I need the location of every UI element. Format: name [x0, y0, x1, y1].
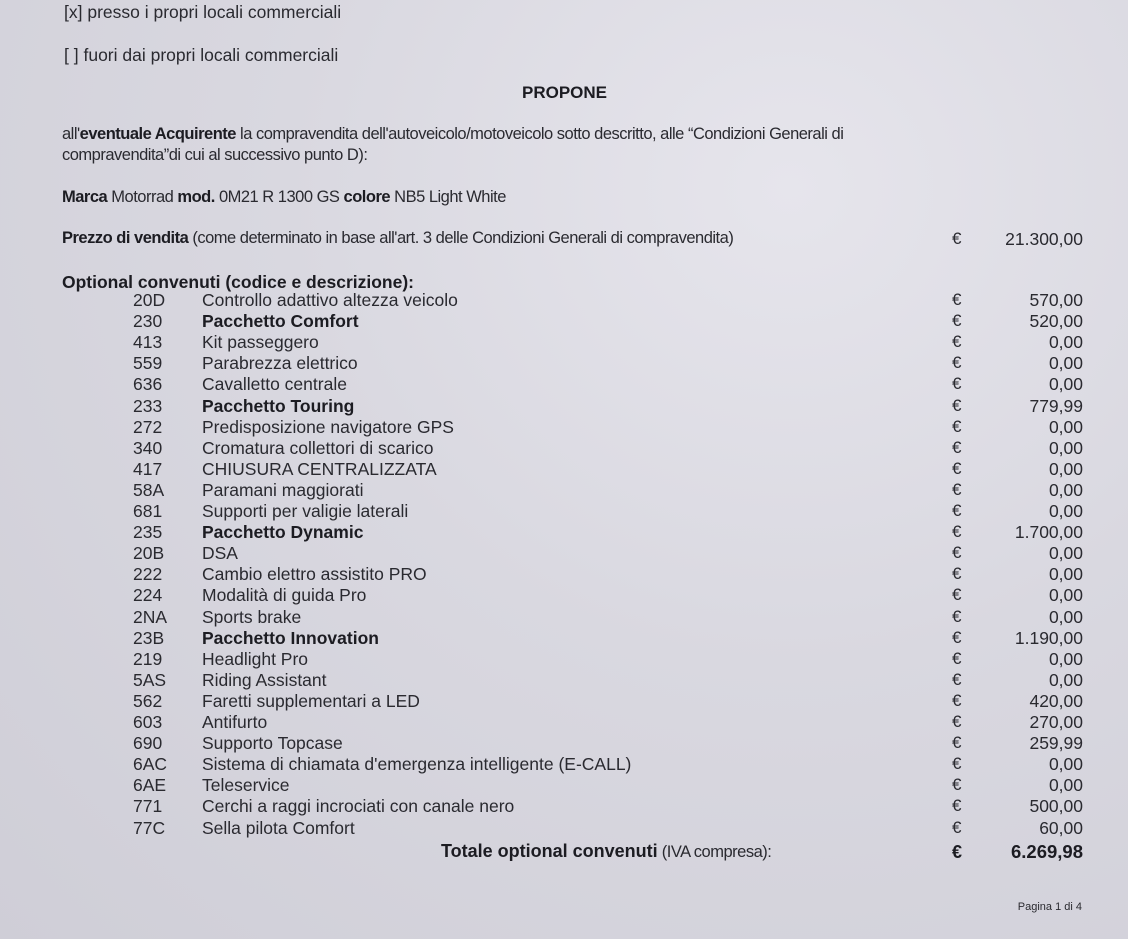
- optional-description: Cambio elettro assistito PRO: [202, 564, 427, 585]
- optional-amount: 0,00: [1049, 649, 1083, 670]
- optional-amount: 60,00: [1039, 818, 1083, 839]
- optional-amount: 520,00: [1029, 311, 1083, 332]
- optional-description: Kit passeggero: [202, 332, 319, 353]
- intro-line-1: all'eventuale Acquirente la compravendit…: [62, 125, 843, 144]
- optional-description: DSA: [202, 543, 238, 564]
- optional-row: 681Supporti per valigie laterali€0,00: [0, 501, 1128, 522]
- optional-row: 771Cerchi a raggi incrociati con canale …: [0, 796, 1128, 817]
- euro-symbol: €: [952, 712, 961, 732]
- optional-code: 690: [133, 733, 162, 754]
- euro-symbol: €: [952, 585, 961, 605]
- optional-amount: 500,00: [1029, 796, 1083, 817]
- optional-amount: 0,00: [1049, 438, 1083, 459]
- euro-symbol: €: [952, 543, 961, 563]
- optional-description: Modalità di guida Pro: [202, 585, 366, 606]
- optional-amount: 0,00: [1049, 459, 1083, 480]
- optional-code: 23B: [133, 628, 164, 649]
- optional-description: Sports brake: [202, 607, 301, 628]
- contract-page: [x] presso i propri locali commerciali […: [0, 0, 1128, 939]
- optional-amount: 0,00: [1049, 501, 1083, 522]
- intro-line-2: compravendita”di cui al successivo punto…: [62, 146, 367, 165]
- euro-symbol: €: [952, 733, 961, 753]
- optional-amount: 0,00: [1049, 670, 1083, 691]
- optional-amount: 0,00: [1049, 543, 1083, 564]
- optional-code: 681: [133, 501, 162, 522]
- vehicle-brand: Motorrad: [111, 188, 173, 206]
- optional-row: 636Cavalletto centrale€0,00: [0, 374, 1128, 395]
- optional-code: 230: [133, 311, 162, 332]
- optional-description: Supporto Topcase: [202, 733, 343, 754]
- optional-row: 340Cromatura collettori di scarico€0,00: [0, 438, 1128, 459]
- optional-amount: 0,00: [1049, 353, 1083, 374]
- optional-row: 235Pacchetto Dynamic€1.700,00: [0, 522, 1128, 543]
- euro-symbol: €: [952, 775, 961, 795]
- optional-package-description: Pacchetto Dynamic: [202, 522, 363, 543]
- optional-package-description: Pacchetto Touring: [202, 396, 354, 417]
- optional-code: 20D: [133, 290, 165, 311]
- optionals-total-row: Totale optional convenuti (IVA compresa)…: [0, 841, 1128, 865]
- euro-symbol: €: [952, 438, 961, 458]
- euro-symbol: €: [952, 417, 961, 437]
- optional-code: 417: [133, 459, 162, 480]
- euro-symbol: €: [952, 396, 961, 416]
- sale-price-amount: 21.300,00: [1005, 229, 1083, 250]
- optional-code: 5AS: [133, 670, 166, 691]
- optional-amount: 270,00: [1029, 712, 1083, 733]
- optional-code: 77C: [133, 818, 165, 839]
- optional-row: 690Supporto Topcase€259,99: [0, 733, 1128, 754]
- vehicle-color: NB5 Light White: [394, 188, 506, 206]
- optional-code: 6AE: [133, 775, 166, 796]
- optional-code: 2NA: [133, 607, 167, 628]
- optional-code: 233: [133, 396, 162, 417]
- venue-option-label: fuori dai propri locali commerciali: [83, 45, 338, 65]
- euro-symbol: €: [952, 628, 961, 648]
- optional-row: 23BPacchetto Innovation€1.190,00: [0, 628, 1128, 649]
- euro-symbol: €: [952, 649, 961, 669]
- optional-code: 272: [133, 417, 162, 438]
- optional-description: Parabrezza elettrico: [202, 353, 358, 374]
- optional-code: 58A: [133, 480, 164, 501]
- optional-code: 562: [133, 691, 162, 712]
- optional-code: 413: [133, 332, 162, 353]
- optional-amount: 0,00: [1049, 564, 1083, 585]
- euro-symbol: €: [952, 522, 961, 542]
- optional-description: Cavalletto centrale: [202, 374, 347, 395]
- optional-row: 417CHIUSURA CENTRALIZZATA€0,00: [0, 459, 1128, 480]
- euro-symbol: €: [952, 754, 961, 774]
- optional-row: 6ACSistema di chiamata d'emergenza intel…: [0, 754, 1128, 775]
- optional-code: 6AC: [133, 754, 167, 775]
- optional-description: Sella pilota Comfort: [202, 818, 355, 839]
- sale-price-label: Prezzo di vendita: [62, 229, 188, 247]
- optional-amount: 0,00: [1049, 607, 1083, 628]
- vehicle-model: 0M21 R 1300 GS: [219, 188, 340, 206]
- intro-bold: eventuale Acquirente: [80, 125, 236, 143]
- optional-description: Antifurto: [202, 712, 267, 733]
- optional-code: 559: [133, 353, 162, 374]
- optional-row: 222Cambio elettro assistito PRO€0,00: [0, 564, 1128, 585]
- euro-symbol: €: [952, 818, 961, 838]
- optional-code: 603: [133, 712, 162, 733]
- euro-symbol: €: [952, 290, 961, 310]
- optional-amount: 1.700,00: [1015, 522, 1083, 543]
- euro-symbol: €: [952, 501, 961, 521]
- optional-row: 603Antifurto€270,00: [0, 712, 1128, 733]
- optional-code: 636: [133, 374, 162, 395]
- total-amount: 6.269,98: [1011, 841, 1083, 863]
- optional-description: CHIUSURA CENTRALIZZATA: [202, 459, 437, 480]
- optional-description: Riding Assistant: [202, 670, 327, 691]
- euro-symbol: €: [952, 796, 961, 816]
- page-number: Pagina 1 di 4: [1018, 901, 1082, 913]
- checkbox-unchecked: [ ]: [64, 45, 79, 65]
- optional-amount: 0,00: [1049, 775, 1083, 796]
- optional-description: Sistema di chiamata d'emergenza intellig…: [202, 754, 631, 775]
- optional-code: 20B: [133, 543, 164, 564]
- optional-row: 77CSella pilota Comfort€60,00: [0, 818, 1128, 839]
- sale-price-row: Prezzo di vendita (come determinato in b…: [0, 229, 1128, 251]
- euro-symbol: €: [952, 374, 961, 394]
- optional-amount: 259,99: [1029, 733, 1083, 754]
- optional-description: Faretti supplementari a LED: [202, 691, 420, 712]
- optional-row: 559Parabrezza elettrico€0,00: [0, 353, 1128, 374]
- venue-option-inside: [x] presso i propri locali commerciali: [64, 2, 341, 23]
- optional-row: 2NASports brake€0,00: [0, 607, 1128, 628]
- optional-amount: 1.190,00: [1015, 628, 1083, 649]
- euro-symbol: €: [952, 691, 961, 711]
- optional-code: 224: [133, 585, 162, 606]
- euro-symbol: €: [952, 353, 961, 373]
- optional-description: Paramani maggiorati: [202, 480, 363, 501]
- section-heading: PROPONE: [522, 83, 607, 103]
- optional-amount: 0,00: [1049, 374, 1083, 395]
- optional-description: Cromatura collettori di scarico: [202, 438, 433, 459]
- total-label: Totale optional convenuti: [441, 841, 658, 861]
- optional-row: 5ASRiding Assistant€0,00: [0, 670, 1128, 691]
- euro-symbol: €: [952, 229, 961, 249]
- optional-code: 771: [133, 796, 162, 817]
- optional-amount: 0,00: [1049, 332, 1083, 353]
- optional-code: 222: [133, 564, 162, 585]
- optional-description: Predisposizione navigatore GPS: [202, 417, 454, 438]
- optional-code: 219: [133, 649, 162, 670]
- optional-row: 233Pacchetto Touring€779,99: [0, 396, 1128, 417]
- euro-symbol: €: [952, 564, 961, 584]
- venue-option-label: presso i propri locali commerciali: [87, 2, 341, 22]
- optional-row: 272Predisposizione navigatore GPS€0,00: [0, 417, 1128, 438]
- optional-description: Controllo adattivo altezza veicolo: [202, 290, 458, 311]
- optional-amount: 0,00: [1049, 585, 1083, 606]
- optional-row: 562Faretti supplementari a LED€420,00: [0, 691, 1128, 712]
- optional-row: 20DControllo adattivo altezza veicolo€57…: [0, 290, 1128, 311]
- optional-package-description: Pacchetto Innovation: [202, 628, 379, 649]
- optional-row: 58AParamani maggiorati€0,00: [0, 480, 1128, 501]
- optional-description: Supporti per valigie laterali: [202, 501, 408, 522]
- euro-symbol: €: [952, 842, 962, 863]
- optional-description: Cerchi a raggi incrociati con canale ner…: [202, 796, 514, 817]
- optional-amount: 0,00: [1049, 480, 1083, 501]
- euro-symbol: €: [952, 480, 961, 500]
- optional-amount: 0,00: [1049, 754, 1083, 775]
- optional-code: 235: [133, 522, 162, 543]
- euro-symbol: €: [952, 670, 961, 690]
- checkbox-checked: [x]: [64, 2, 82, 22]
- euro-symbol: €: [952, 332, 961, 352]
- optional-row: 219Headlight Pro€0,00: [0, 649, 1128, 670]
- vehicle-description: Marca Motorrad mod. 0M21 R 1300 GS color…: [62, 188, 506, 207]
- optional-amount: 570,00: [1029, 290, 1083, 311]
- optional-amount: 0,00: [1049, 417, 1083, 438]
- venue-option-outside: [ ] fuori dai propri locali commerciali: [64, 45, 338, 66]
- optional-description: Headlight Pro: [202, 649, 308, 670]
- euro-symbol: €: [952, 607, 961, 627]
- optional-row: 413Kit passeggero€0,00: [0, 332, 1128, 353]
- optional-code: 340: [133, 438, 162, 459]
- euro-symbol: €: [952, 459, 961, 479]
- optional-package-description: Pacchetto Comfort: [202, 311, 359, 332]
- optional-row: 230Pacchetto Comfort€520,00: [0, 311, 1128, 332]
- optional-row: 20BDSA€0,00: [0, 543, 1128, 564]
- optional-row: 224Modalità di guida Pro€0,00: [0, 585, 1128, 606]
- euro-symbol: €: [952, 311, 961, 331]
- optional-description: Teleservice: [202, 775, 290, 796]
- optional-amount: 420,00: [1029, 691, 1083, 712]
- optional-row: 6AETeleservice€0,00: [0, 775, 1128, 796]
- optional-amount: 779,99: [1029, 396, 1083, 417]
